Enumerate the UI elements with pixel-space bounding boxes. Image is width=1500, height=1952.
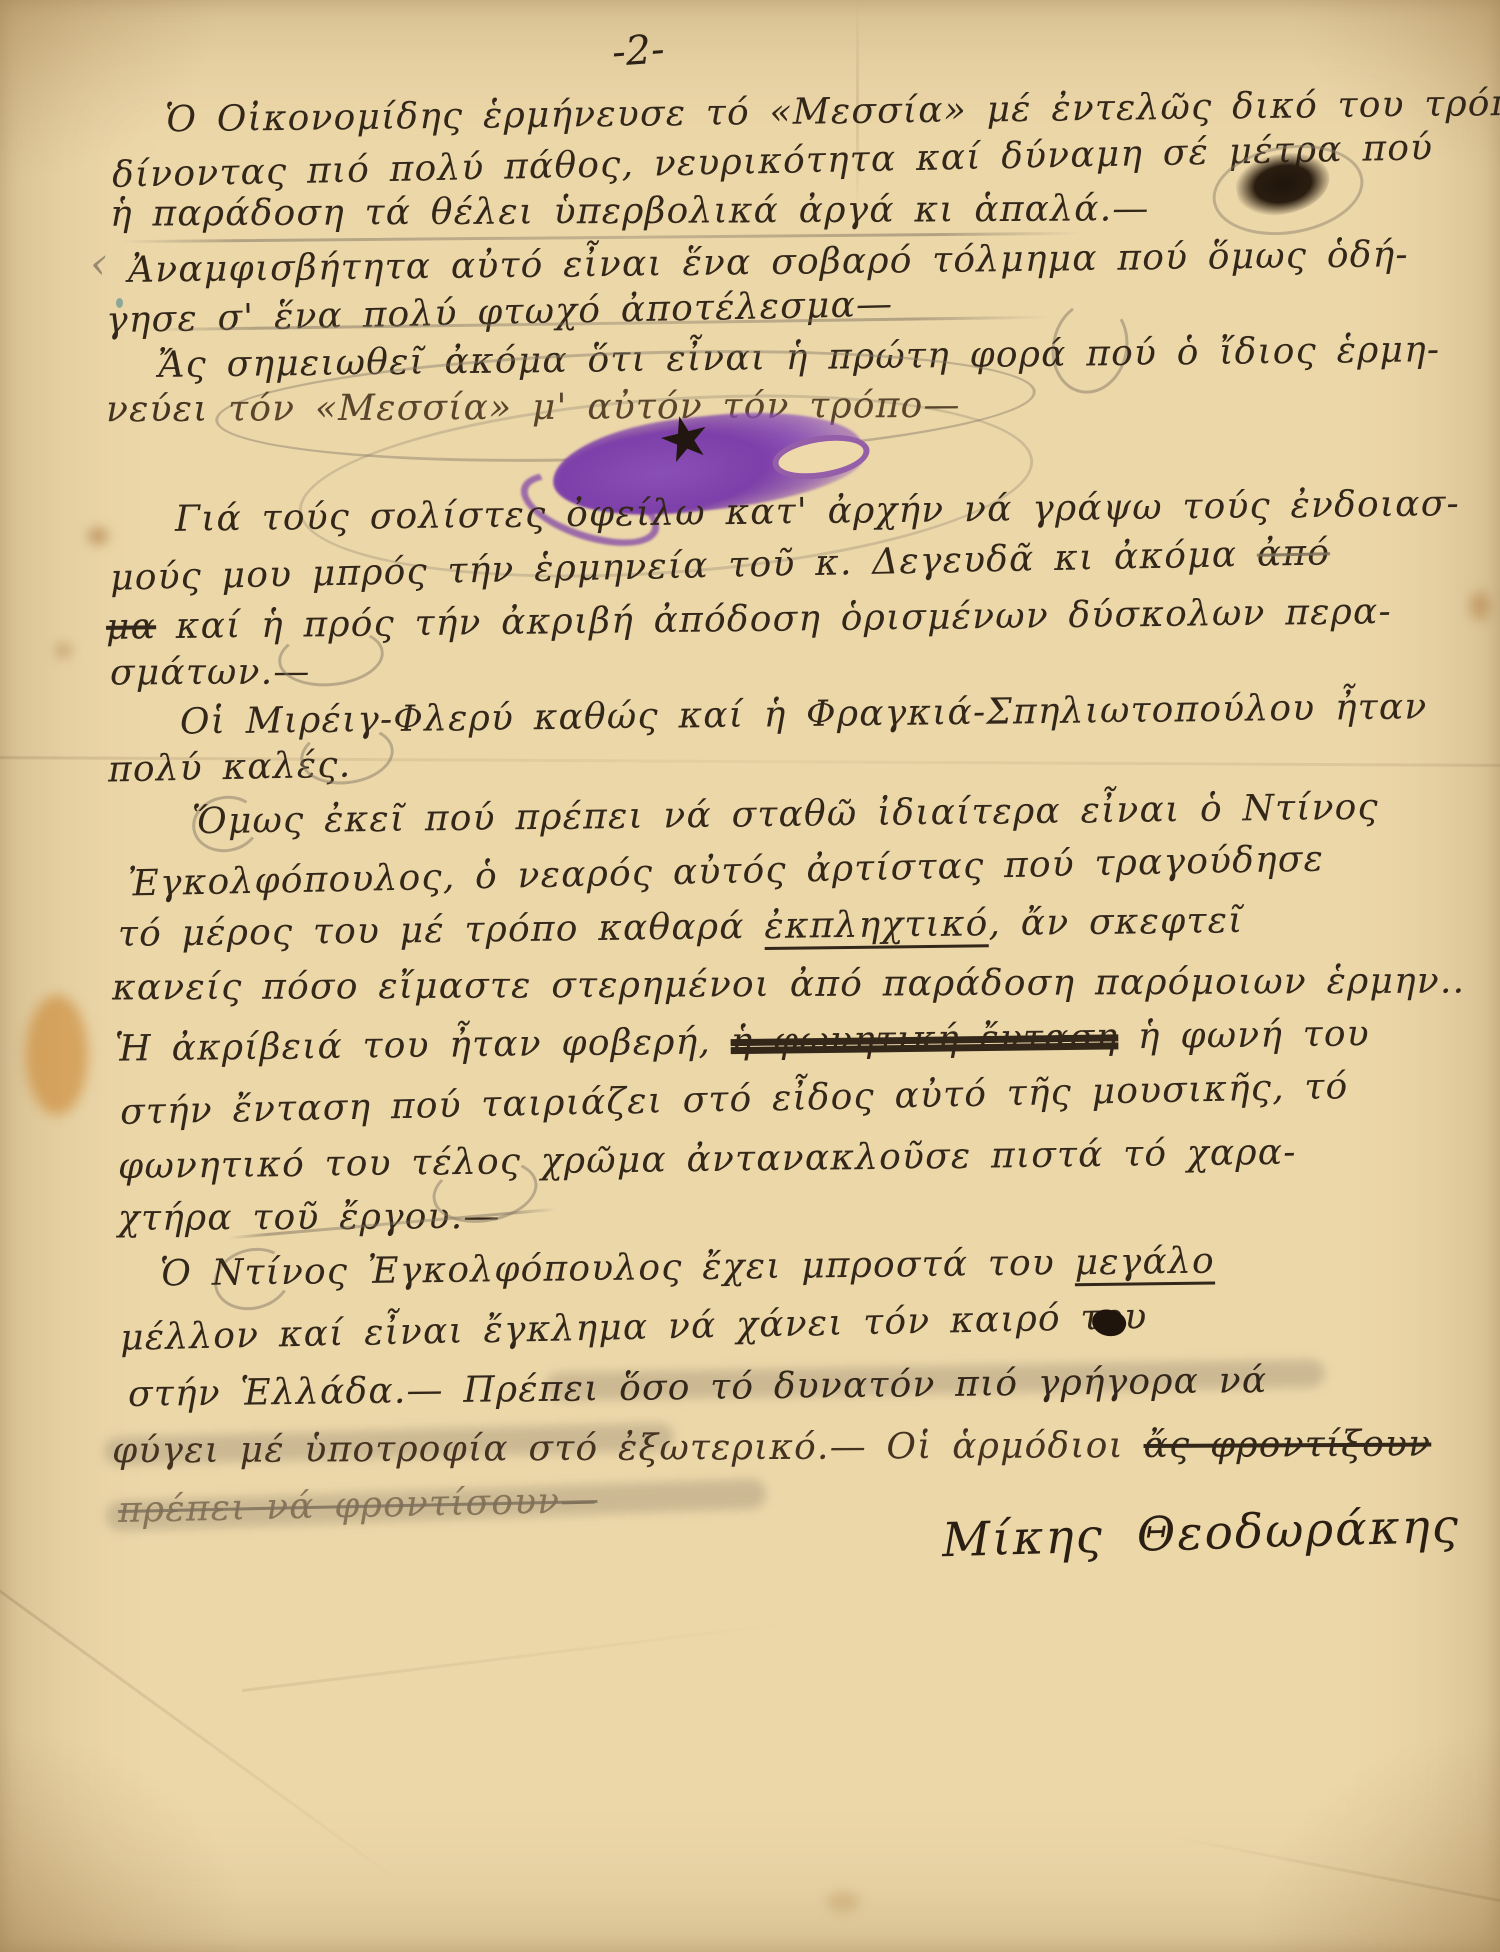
- line-seg-struck: ἄς φροντίξουν: [1143, 1424, 1431, 1467]
- letter-line-17: κανείς πόσο εἴμαστε στερημένοι ἀπό παράδ…: [112, 961, 1465, 1008]
- letter-line-25: φύγει μέ ὑποτροφία στό ἐξωτερικό.— Οἱ ἁρ…: [112, 1425, 1431, 1472]
- line-seg-struck: ἡ φωνητική ἔνταση: [730, 1016, 1118, 1062]
- paper-stain-orange: [26, 995, 88, 1115]
- line-seg-struck: μα: [106, 606, 157, 648]
- letter-line-05: γησε σ' ἕνα πολύ φτωχό ἀποτέλεσμα—: [106, 285, 894, 341]
- letter-line-15: Ἐγκολφόπουλος, ὁ νεαρός αὐτός ἀρτίστας π…: [128, 839, 1325, 904]
- paper-stain-edge-right: [1470, 592, 1490, 620]
- line-seg-underlined: μεγάλο: [1074, 1241, 1215, 1284]
- line-seg: ἡ φωνή του: [1118, 1013, 1370, 1057]
- paper-crease-bottom-left: [0, 1582, 411, 1890]
- line-seg-circled: τόν «Μεσσία» μ' αὐτόν τόν τρόπο—: [228, 385, 961, 430]
- letter-page: -2- Ὁ Οἰκονομίδης ἑρμήνευσε τό «Μεσσία» …: [0, 0, 1500, 1952]
- letter-line-22: Ὁ Ντίνος Ἐγκολφόπουλος ἔχει μπροστά του …: [160, 1242, 1215, 1294]
- letter-line-20: φωνητικό του τέλος χρῶμα ἀντανακλοῦσε πι…: [118, 1133, 1297, 1187]
- line-seg: Ὁ Ντίνος Ἐγκολφόπουλος ἔχει μπροστά του: [160, 1242, 1075, 1294]
- letter-line-18: Ἡ ἀκρίβειά του ἦταν φοβερή, ἡ φωνητική ἔ…: [115, 1014, 1370, 1069]
- line-seg-underlined: ἐκπληχτικό: [764, 903, 989, 947]
- letter-line-04: Ἀναμφισβήτητα αὐτό εἶναι ἕνα σοβαρό τόλμ…: [128, 235, 1409, 290]
- signature: Μίκης Θεοδωράκης: [941, 1499, 1460, 1568]
- paper-crease-lower: [242, 1621, 798, 1692]
- paper-stain-bottom: [826, 1892, 860, 1912]
- paper-stain-spot-1: [88, 528, 108, 544]
- letter-line-19: στήν ἔνταση πού ταιριάζει στό εἶδος αὐτό…: [120, 1067, 1349, 1132]
- paper-stain-spot-2: [56, 644, 71, 657]
- line-seg: τό μέρος του μέ τρόπο καθαρά: [118, 906, 765, 955]
- letter-line-14: Ὅμως ἐκεῖ πού πρέπει νά σταθῶ ἰδιαίτερα …: [192, 788, 1379, 842]
- paper-crease-bottom-right: [1163, 1834, 1500, 1909]
- page-number: -2-: [610, 26, 666, 76]
- line-seg: Ἡ ἀκρίβειά του ἦταν φοβερή,: [115, 1021, 731, 1070]
- pencil-chevron-mark: ‹: [90, 238, 108, 289]
- letter-line-16: τό μέρος του μέ τρόπο καθαρά ἐκπληχτικό,…: [118, 901, 1244, 954]
- line-seg: φύγει μέ ὑποτροφία στό ἐξωτερικό.— Οἱ ἁρ…: [112, 1425, 1144, 1471]
- letter-line-26: πρέπει νά φροντίσουν—: [118, 1481, 598, 1531]
- line-seg-struck: ἀπό: [1256, 532, 1330, 575]
- letter-line-03: ἡ παράδοση τά θέλει ὑπερβολικά ἀργά κι ἁ…: [110, 189, 1150, 234]
- line-seg: , ἄν σκεφτεῖ: [988, 900, 1243, 944]
- line-seg: νεύει: [106, 389, 228, 431]
- letter-line-23: μέλλον καί εἶναι ἔγκλημα νά χάνει τόν κα…: [120, 1297, 1148, 1358]
- letter-line-24: στήν Ἑλλάδα.— Πρέπει ὅσο τό δυνατόν πιό …: [128, 1361, 1268, 1415]
